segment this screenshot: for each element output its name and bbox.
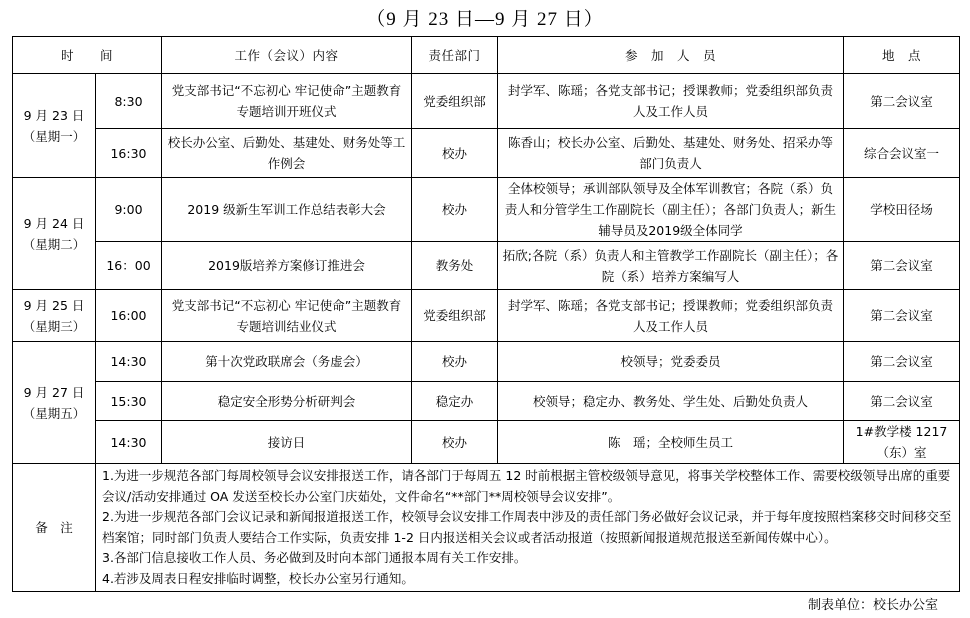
table-row: 9 月 27 日（星期五） 14:30 第十次党政联席会（务虚会） 校办 校领导… bbox=[13, 342, 960, 382]
time-cell: 14:30 bbox=[96, 342, 162, 382]
prepared-by: 制表单位：校长办公室 bbox=[808, 594, 938, 613]
header-time: 时 间 bbox=[13, 37, 162, 74]
participants-cell: 校领导；稳定办、教务处、学生处、后勤处负责人 bbox=[498, 382, 844, 421]
participants-cell: 封学军、陈瑶；各党支部书记；授课教师；党委组织部负责人及工作人员 bbox=[498, 290, 844, 342]
table-row: 14:30 接访日 校办 陈 瑶；全校师生员工 1#教学楼 1217（东）室 bbox=[13, 421, 960, 464]
dept-cell: 校办 bbox=[412, 342, 498, 382]
weekday-label: （星期三） bbox=[23, 319, 86, 334]
table-row: 16:30 校长办公室、后勤处、基建处、财务处等工作例会 校办 陈香山；校长办公… bbox=[13, 129, 960, 178]
participants-cell: 校领导；党委委员 bbox=[498, 342, 844, 382]
dept-cell: 教务处 bbox=[412, 242, 498, 290]
weekday-label: （星期一） bbox=[23, 129, 86, 144]
date-label: 9 月 25 日 bbox=[24, 298, 85, 313]
participants-cell: 全体校领导；承训部队领导及全体军训教官；各院（系）负责人和分管学生工作副院长（副… bbox=[498, 178, 844, 242]
notes-row: 备 注 1.为进一步规范各部门每周校领导会议安排报送工作，请各部门于每周五 12… bbox=[13, 464, 960, 592]
content-cell: 接访日 bbox=[162, 421, 412, 464]
table-row: 16：00 2019版培养方案修订推进会 教务处 拓欣;各院（系）负责人和主管教… bbox=[13, 242, 960, 290]
header-location: 地 点 bbox=[844, 37, 960, 74]
time-cell: 16:30 bbox=[96, 129, 162, 178]
dept-cell: 校办 bbox=[412, 178, 498, 242]
dept-cell: 党委组织部 bbox=[412, 290, 498, 342]
date-cell: 9 月 23 日（星期一） bbox=[13, 74, 96, 178]
content-cell: 校长办公室、后勤处、基建处、财务处等工作例会 bbox=[162, 129, 412, 178]
table-row: 9 月 23 日（星期一） 8:30 党支部书记“不忘初心 牢记使命”主题教育专… bbox=[13, 74, 960, 129]
date-label: 9 月 23 日 bbox=[24, 108, 85, 123]
dept-cell: 校办 bbox=[412, 129, 498, 178]
participants-cell: 拓欣;各院（系）负责人和主管教学工作副院长（副主任）；各院（系）培养方案编写人 bbox=[498, 242, 844, 290]
participants-cell: 封学军、陈瑶；各党支部书记；授课教师；党委组织部负责人及工作人员 bbox=[498, 74, 844, 129]
date-cell: 9 月 25 日（星期三） bbox=[13, 290, 96, 342]
table-row: 15:30 稳定安全形势分析研判会 稳定办 校领导；稳定办、教务处、学生处、后勤… bbox=[13, 382, 960, 421]
note-item: 2.为进一步规范各部门会议记录和新闻报道报送工作，校领导会议安排工作周表中涉及的… bbox=[102, 507, 953, 548]
location-cell: 1#教学楼 1217（东）室 bbox=[844, 421, 960, 464]
weekday-label: （星期五） bbox=[23, 406, 86, 421]
header-content: 工作（会议）内容 bbox=[162, 37, 412, 74]
dept-cell: 校办 bbox=[412, 421, 498, 464]
dept-cell: 稳定办 bbox=[412, 382, 498, 421]
date-cell: 9 月 24 日（星期二） bbox=[13, 178, 96, 290]
content-cell: 2019版培养方案修订推进会 bbox=[162, 242, 412, 290]
content-cell: 党支部书记“不忘初心 牢记使命”主题教育专题培训开班仪式 bbox=[162, 74, 412, 129]
time-cell: 16:00 bbox=[96, 290, 162, 342]
header-participants: 参 加 人 员 bbox=[498, 37, 844, 74]
time-cell: 8:30 bbox=[96, 74, 162, 129]
table-row: 9 月 24 日（星期二） 9:00 2019 级新生军训工作总结表彰大会 校办… bbox=[13, 178, 960, 242]
content-cell: 党支部书记“不忘初心 牢记使命”主题教育专题培训结业仪式 bbox=[162, 290, 412, 342]
weekly-schedule-table: 时 间 工作（会议）内容 责任部门 参 加 人 员 地 点 9 月 23 日（星… bbox=[12, 36, 960, 592]
dept-cell: 党委组织部 bbox=[412, 74, 498, 129]
participants-cell: 陈香山；校长办公室、后勤处、基建处、财务处、招采办等部门负责人 bbox=[498, 129, 844, 178]
participants-cell: 陈 瑶；全校师生员工 bbox=[498, 421, 844, 464]
location-cell: 第二会议室 bbox=[844, 382, 960, 421]
schedule-title: （9 月 23 日—9 月 27 日） bbox=[0, 4, 970, 31]
time-cell: 14:30 bbox=[96, 421, 162, 464]
location-cell: 第二会议室 bbox=[844, 74, 960, 129]
header-dept: 责任部门 bbox=[412, 37, 498, 74]
note-item: 1.为进一步规范各部门每周校领导会议安排报送工作，请各部门于每周五 12 时前根… bbox=[102, 466, 953, 507]
location-cell: 综合会议室一 bbox=[844, 129, 960, 178]
notes-label: 备 注 bbox=[13, 464, 96, 592]
date-label: 9 月 27 日 bbox=[24, 385, 85, 400]
location-cell: 第二会议室 bbox=[844, 242, 960, 290]
notes-content: 1.为进一步规范各部门每周校领导会议安排报送工作，请各部门于每周五 12 时前根… bbox=[96, 464, 960, 592]
time-cell: 15:30 bbox=[96, 382, 162, 421]
content-cell: 稳定安全形势分析研判会 bbox=[162, 382, 412, 421]
content-cell: 2019 级新生军训工作总结表彰大会 bbox=[162, 178, 412, 242]
location-cell: 第二会议室 bbox=[844, 290, 960, 342]
header-row: 时 间 工作（会议）内容 责任部门 参 加 人 员 地 点 bbox=[13, 37, 960, 74]
content-cell: 第十次党政联席会（务虚会） bbox=[162, 342, 412, 382]
weekday-label: （星期二） bbox=[23, 237, 86, 252]
time-cell: 16：00 bbox=[96, 242, 162, 290]
note-item: 4.若涉及周表日程安排临时调整，校长办公室另行通知。 bbox=[102, 569, 953, 590]
time-cell: 9:00 bbox=[96, 178, 162, 242]
location-cell: 第二会议室 bbox=[844, 342, 960, 382]
note-item: 3.各部门信息接收工作人员、务必做到及时向本部门通报本周有关工作安排。 bbox=[102, 548, 953, 569]
table-row: 9 月 25 日（星期三） 16:00 党支部书记“不忘初心 牢记使命”主题教育… bbox=[13, 290, 960, 342]
date-cell: 9 月 27 日（星期五） bbox=[13, 342, 96, 464]
date-label: 9 月 24 日 bbox=[24, 216, 85, 231]
location-cell: 学校田径场 bbox=[844, 178, 960, 242]
